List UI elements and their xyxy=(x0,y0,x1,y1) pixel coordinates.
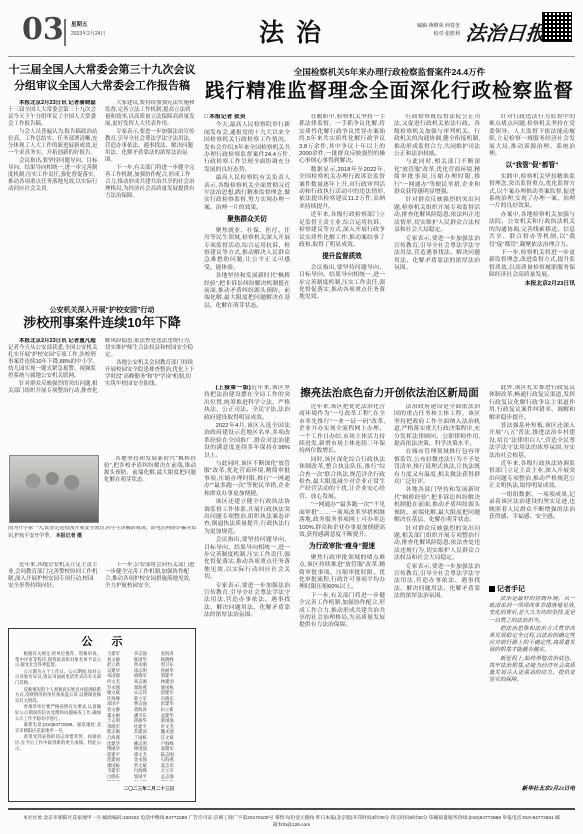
school-article-body: 本报北京2月23日讯 记者董凡超 记者今天从公安部获悉,全国公安机关扎实开展“护… xyxy=(8,338,196,452)
header-divider xyxy=(64,19,66,46)
reporter-note-label: 记者手记 xyxy=(497,586,525,593)
main-article-col1: □ 本报记者 张昊今天,最高人民检察院举行新闻发布会,通报党的十九大以来全国检察… xyxy=(204,114,290,378)
lower-article-headline: 擦亮法治底色奋力开创依法治区新局面 xyxy=(299,386,480,400)
page-number: 03 xyxy=(22,15,64,45)
main-article-col4: 针对行政违法行为监督中的难点堵点问题,检察机关坚持在党委领导、人大监督下依法能动… xyxy=(489,114,575,378)
footer-info-line: 本社社址:北京市朝阳区花家地甲一号 邮政编码:100102 电话中继线:8477… xyxy=(8,814,575,828)
footer-rule xyxy=(8,808,575,810)
school-article-body2: 近年来,各级公安机关立足主责主业,会同教育部门完善警校协同工作机制,深入开展护校… xyxy=(8,562,196,622)
editors-block: 编辑·蒋继荣 何春奎 校对·张胜利 xyxy=(350,22,460,38)
public-notice-box: 公 示 根据有关规定,经单位推荐、资格审查、集中评审等程序,现将拟表彰对象名单予… xyxy=(8,628,196,802)
xinhua-dateline: 新华社北京2月23日电 xyxy=(489,784,575,792)
masthead-logo: 法治日报 xyxy=(465,17,548,46)
lower-article-col2: 近年来,该区把优化法治化营商环境作为“一号改革工程”,在全市率先推行“一业一证一… xyxy=(299,404,385,798)
black-square-icon xyxy=(489,586,495,592)
school-article-title: 涉校刑事案件连续10年下降 xyxy=(8,314,196,331)
main-article-col2: 在履职中,检察机关坚持一手抓法律监督、一手抓争议化解,将实质性化解行政争议贯穿办… xyxy=(299,114,385,378)
lower-article-col3: 法治政府建设是全面依法治国的重点任务和主体工程。该区坚持把政府工作全面纳入法治轨… xyxy=(394,404,480,798)
header-rule xyxy=(8,56,575,57)
editors-line: 编辑·蒋继荣 何春奎 xyxy=(350,22,460,30)
proofreader-line: 校对·张胜利 xyxy=(350,30,460,38)
lower-article-col4: 此外,该区扎实推进行政复议体制改革,畅通行政复议渠道,发挥行政复议化解行政争议主… xyxy=(489,385,575,581)
caption-credit: 本报记者 摄 xyxy=(54,533,82,539)
left-article-title-line2: 分组审议全国人大常委会工作报告稿 xyxy=(8,79,196,94)
main-article-kicker: 全国检察机关5年来办理行政检察监督案件24.4万件 xyxy=(204,66,575,78)
reporter-note-body: 法治是最好的营商环境。从一纸清单到一项项改革举措落地见效,变化的背后,是久久为功… xyxy=(489,596,575,780)
school-article-body-side: 各地坚持和发展新时代“枫桥经验”,把涉校矛盾纠纷解决在前端,推动源头预防、前端化… xyxy=(104,456,196,522)
date-label: 2023年2月24日 xyxy=(71,31,105,38)
newspaper-page: 03 星期五 2023年2月24日 法治 编辑·蒋继荣 何春奎 校对·张胜利 法… xyxy=(0,0,583,834)
lower-article-col1: (上接第一版)近年来,该区坚持把法治建设摆在全局工作的突出位置,统筹推进科学立法… xyxy=(204,385,290,798)
notice-paragraphs: 根据有关规定,经单位推荐、资格审查、集中评审等程序,现将拟表彰对象名单予以公示,… xyxy=(15,651,101,789)
reporter-note-marker: 记者手记 xyxy=(489,584,575,594)
weekday-label: 星期五 xyxy=(71,21,88,29)
notice-date: 二〇二三年二月二十三日 xyxy=(107,786,191,792)
caption-text: 图为开学第一天,民警走进校园开展安全教育,向学生讲解防欺凌、防电信网络诈骗等知识… xyxy=(8,526,196,539)
main-article-col3: 行政检察既监督法院公正司法,又促进行政机关依法行政。各级检察机关加强与审判机关、… xyxy=(394,114,480,378)
news-photo xyxy=(10,456,98,522)
notice-name-list: 王建军李志强张海涛刘文静陈国华杨晓峰赵立新黄永刚周卫东吴建华徐志明孙丽华朱国强胡… xyxy=(107,651,191,781)
qr-code-icon xyxy=(543,13,571,41)
main-article-headline: 践行精准监督理念全面深化行政检察监督 xyxy=(204,78,575,104)
left-article-body: 本报北京2月23日讯 记者蒲晓磊 十三届全国人大常委会第三十九次会议今天下午分组… xyxy=(8,100,196,298)
notice-title: 公 示 xyxy=(9,633,195,649)
photo-caption: 图为开学第一天,民警走进校园开展安全教育,向学生讲解防欺凌、防电信网络诈骗等知识… xyxy=(8,526,196,558)
left-article-title-line1: 十三届全国人大常委会第三十九次会议 xyxy=(8,63,196,78)
